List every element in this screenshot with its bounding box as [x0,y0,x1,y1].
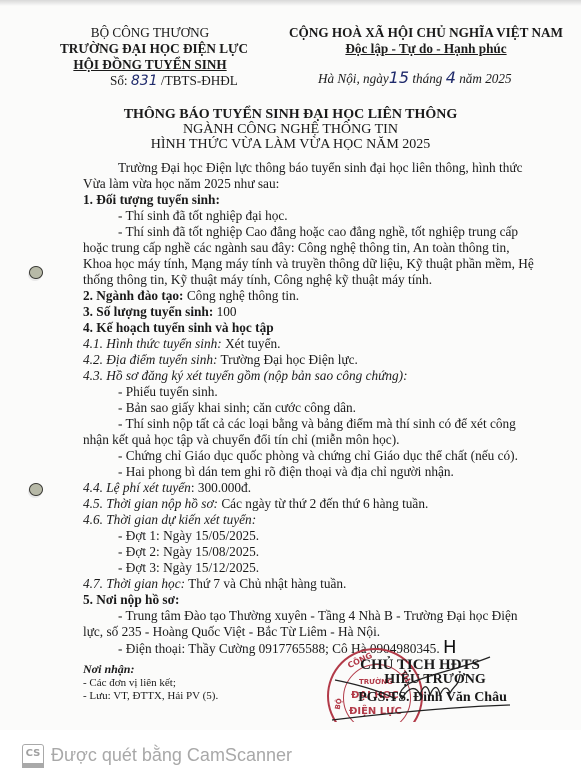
list-item: - Hai phong bì dán tem ghi rõ điện thoại… [118,464,454,480]
recipient-item: - Các đơn vị liên kết; [83,677,176,689]
list-item: - Đợt 2: Ngày 15/08/2025. [118,544,259,560]
subsection-value: Các ngày từ thứ 2 đến thứ 6 hàng tuần. [221,496,428,511]
section-3: 3. Số lượng tuyển sinh: 100 [83,304,237,320]
recipient-item: - Lưu: VT, ĐTTX, Hải PV (5). [83,690,218,702]
camscanner-text: Được quét bằng CamScanner [51,745,292,766]
document-subtitle-major: NGÀNH CÔNG NGHỆ THÔNG TIN [0,122,581,138]
subsection-4-2: 4.2. Địa điểm tuyển sinh: Trường Đại học… [83,352,358,368]
document-date: Hà Nội, ngày15 tháng 4 năm 2025 [318,69,512,87]
section-2: 2. Ngành đào tạo: Công nghệ thông tin. [83,288,299,304]
subsection-label: 4.6. Thời gian dự kiến xét tuyển: [83,512,256,528]
subsection-4-7: 4.7. Thời gian học: Thứ 7 và Chủ nhật hà… [83,576,346,592]
address-line: - Trung tâm Đào tạo Thường xuyên - Tầng … [118,608,518,624]
list-item: - Thí sinh đã tốt nghiệp đại học. [118,208,288,224]
list-item: - Đợt 1: Ngày 15/05/2025. [118,528,259,544]
university-name: TRƯỜNG ĐẠI HỌC ĐIỆN LỰC [60,40,240,57]
punch-hole-icon [29,266,43,279]
date-prefix: Hà Nội, ngày [318,71,389,86]
date-day: 15 [389,68,409,87]
country-name: CỘNG HOÀ XÃ HỘI CHỦ NGHĨA VIỆT NAM [276,24,576,41]
signatory-title: HIỆU TRƯỞNG [355,672,515,688]
date-year: năm 2025 [459,71,511,86]
list-item: - Chứng chỉ Giáo dục quốc phòng và chứng… [118,448,518,464]
subsection-label: 4.1. Hình thức tuyển sinh: [83,336,222,351]
national-motto: Độc lập - Tự do - Hạnh phúc [276,40,576,57]
document-subtitle-mode: HÌNH THỨC VỪA LÀM VỪA HỌC NĂM 2025 [0,137,581,153]
subsection-4-4: 4.4. Lệ phí xét tuyển: 300.000đ. [83,480,251,496]
section-heading: 3. Số lượng tuyển sinh: [83,304,213,319]
list-item: - Đợt 3: Ngày 15/12/2025. [118,560,259,576]
list-item-continuation: nhận kết quả học tập và chuyển đổi tín c… [83,432,399,448]
section-heading: 4. Kế hoạch tuyển sinh và học tập [83,320,274,336]
document-number-suffix: /TBTS-ĐHĐL [161,73,238,88]
list-item-continuation: Khoa học máy tính, Mạng máy tính và truy… [83,256,534,272]
subsection-label: 4.2. Địa điểm tuyển sinh: [83,352,217,367]
date-month-label: tháng [412,71,442,86]
section-heading: 1. Đối tượng tuyển sinh: [83,192,220,208]
subsection-label: 4.5. Thời gian nộp hồ sơ: [83,496,218,511]
scan-edge-shadow [0,0,581,6]
section-heading: 2. Ngành đào tạo: [83,288,183,303]
address-line: lực, số 235 - Hoàng Quốc Việt - Bắc Từ L… [83,624,380,640]
scanned-document-page: BỘ CÔNG THƯƠNG TRƯỜNG ĐẠI HỌC ĐIỆN LỰC H… [0,0,581,730]
section-heading: 5. Nơi nộp hồ sơ: [83,592,179,608]
council-name: HỘI ĐỒNG TUYỂN SINH [60,56,240,73]
subsection-value: Trường Đại học Điện lực. [221,352,358,367]
intro-line: Trường Đại học Điện lực thông báo tuyển … [118,160,522,176]
list-item-continuation: thống thông tin, Kỹ thuật máy tính, Công… [83,272,432,288]
subsection-label: 4.4. Lệ phí xét tuyển [83,480,191,495]
intro-line: Vừa làm vừa học năm 2025 như sau: [83,176,279,192]
list-item: - Thí sinh nộp tất cả các loại bằng và b… [118,416,516,432]
section-value: Công nghệ thông tin. [187,288,299,303]
recipients-heading: Nơi nhận: [83,662,134,677]
document-number-handwritten: 831 [131,73,158,89]
subsection-value: Xét tuyển. [225,336,280,351]
subsection-4-1: 4.1. Hình thức tuyển sinh: Xét tuyển. [83,336,280,352]
subsection-value: : 300.000đ. [191,480,251,495]
section-value: 100 [217,304,237,319]
subsection-label: 4.7. Thời gian học: [83,576,185,591]
punch-hole-icon [29,483,43,496]
list-item: - Bản sao giấy khai sinh; căn cước công … [118,400,356,416]
list-item: - Thí sinh đã tốt nghiệp Cao đẳng hoặc c… [118,224,518,240]
list-item-continuation: hoặc trung cấp nghề các ngành sau đây: C… [83,240,510,256]
list-item: - Phiếu tuyển sinh. [118,384,218,400]
document-number-label: Số: [110,73,128,88]
subsection-4-5: 4.5. Thời gian nộp hồ sơ: Các ngày từ th… [83,496,428,512]
document-number: Số: 831 /TBTS-ĐHĐL [110,72,238,90]
date-month: 4 [446,68,456,87]
subsection-value: Thứ 7 và Chủ nhật hàng tuần. [188,576,346,591]
subsection-label: 4.3. Hồ sơ đăng ký xét tuyển gồm (nộp bả… [83,368,408,384]
signatory-name: PGS.TS. Đinh Văn Châu [340,690,525,706]
ministry-name: BỘ CÔNG THƯƠNG [60,24,240,41]
camscanner-icon: CS [22,744,44,768]
camscanner-watermark: CS Được quét bằng CamScanner [0,730,581,780]
document-title: THÔNG BÁO TUYỂN SINH ĐẠI HỌC LIÊN THÔNG [0,107,581,123]
